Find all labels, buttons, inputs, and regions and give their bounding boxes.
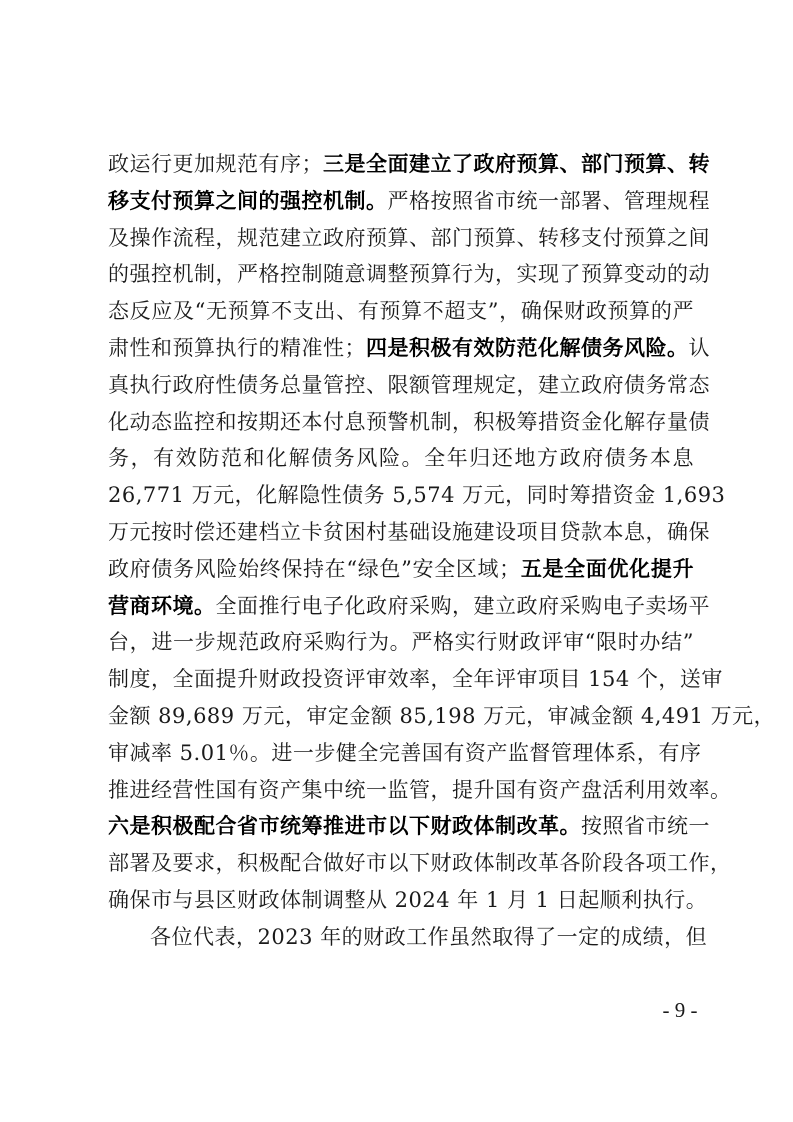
text-line: 推进经营性国有资产集中统一监管，提升国有资产盘活利用效率。 bbox=[108, 772, 694, 809]
bold-heading-text: 移支付预算之间的强控机制。 bbox=[108, 188, 388, 213]
body-text: 金额 89,689 万元，审定金额 85,198 万元，审减金额 4,491 万… bbox=[108, 704, 775, 728]
text-line: 移支付预算之间的强控机制。严格按照省市统一部署、管理规程 bbox=[108, 183, 694, 220]
body-text: 政府债务风险始终保持在“绿色”安全区域； bbox=[108, 557, 521, 581]
text-line: 部署及要求，积极配合做好市以下财政体制改革各阶段各项工作， bbox=[108, 845, 694, 882]
body-text: 台，进一步规范政府采购行为。严格实行财政评审“限时办结” bbox=[108, 630, 694, 654]
text-line: 务，有效防范和化解债务风险。全年归还地方政府债务本息 bbox=[108, 440, 694, 477]
page-number: - 9 - bbox=[640, 998, 720, 1023]
bold-heading-text: 五是全面优化提升 bbox=[521, 556, 694, 581]
text-line: 金额 89,689 万元，审定金额 85,198 万元，审减金额 4,491 万… bbox=[108, 698, 694, 735]
text-line: 化动态监控和按期还本付息预警机制，积极筹措资金化解存量债 bbox=[108, 404, 694, 441]
body-text: 肃性和预算执行的精准性； bbox=[108, 336, 366, 360]
bold-heading-text: 三是全面建立了政府预算、部门预算、转 bbox=[323, 151, 710, 176]
text-line: 肃性和预算执行的精准性；四是积极有效防范化解债务风险。认 bbox=[108, 330, 694, 367]
bold-heading-text: 六是积极配合省市统筹推进市以下财政体制改革。 bbox=[108, 813, 581, 838]
body-text: 严格按照省市统一部署、管理规程 bbox=[388, 189, 711, 213]
body-text: 审减率 5.01％。进一步健全完善国有资产监督管理体系，有序 bbox=[108, 741, 701, 765]
text-line: 政府债务风险始终保持在“绿色”安全区域；五是全面优化提升 bbox=[108, 551, 694, 588]
body-text: 态反应及“无预算不支出、有预算不超支”，确保财政预算的严 bbox=[108, 299, 694, 323]
body-text: 各位代表，2023 年的财政工作虽然取得了一定的成绩，但 bbox=[150, 925, 707, 949]
text-line: 六是积极配合省市统筹推进市以下财政体制改革。按照省市统一 bbox=[108, 808, 694, 845]
text-line: 各位代表，2023 年的财政工作虽然取得了一定的成绩，但 bbox=[108, 919, 694, 956]
bold-heading-text: 营商环境。 bbox=[108, 593, 216, 618]
body-text: 万元按时偿还建档立卡贫困村基础设施建设项目贷款本息，确保 bbox=[108, 520, 710, 544]
body-text: 及操作流程，规范建立政府预算、部门预算、转移支付预算之间 bbox=[108, 226, 710, 250]
text-line: 万元按时偿还建档立卡贫困村基础设施建设项目贷款本息，确保 bbox=[108, 514, 694, 551]
text-line: 及操作流程，规范建立政府预算、部门预算、转移支付预算之间 bbox=[108, 220, 694, 257]
bold-heading-text: 四是积极有效防范化解债务风险。 bbox=[366, 335, 689, 360]
body-text: 26,771 万元，化解隐性债务 5,574 万元，同时筹措资金 1,693 bbox=[108, 483, 725, 507]
body-text: 务，有效防范和化解债务风险。全年归还地方政府债务本息 bbox=[108, 446, 694, 470]
text-line: 审减率 5.01％。进一步健全完善国有资产监督管理体系，有序 bbox=[108, 735, 694, 772]
text-line: 制度，全面提升财政投资评审效率，全年评审项目 154 个，送审 bbox=[108, 661, 694, 698]
text-line: 的强控机制，严格控制随意调整预算行为，实现了预算变动的动 bbox=[108, 256, 694, 293]
body-text: 确保市与县区财政体制调整从 2024 年 1 月 1 日起顺利执行。 bbox=[108, 888, 707, 912]
body-text: 部署及要求，积极配合做好市以下财政体制改革各阶段各项工作， bbox=[108, 851, 732, 875]
body-text: 推进经营性国有资产集中统一监管，提升国有资产盘活利用效率。 bbox=[108, 778, 732, 802]
body-text: 按照省市统一 bbox=[581, 814, 710, 838]
body-text: 的强控机制，严格控制随意调整预算行为，实现了预算变动的动 bbox=[108, 262, 710, 286]
document-body: 政运行更加规范有序；三是全面建立了政府预算、部门预算、转移支付预算之间的强控机制… bbox=[108, 146, 694, 956]
text-line: 台，进一步规范政府采购行为。严格实行财政评审“限时办结” bbox=[108, 624, 694, 661]
text-line: 态反应及“无预算不支出、有预算不超支”，确保财政预算的严 bbox=[108, 293, 694, 330]
body-text: 认 bbox=[689, 336, 711, 360]
text-line: 政运行更加规范有序；三是全面建立了政府预算、部门预算、转 bbox=[108, 146, 694, 183]
body-text: 真执行政府性债务总量管控、限额管理规定，建立政府债务常态 bbox=[108, 373, 710, 397]
body-text: 全面推行电子化政府采购，建立政府采购电子卖场平 bbox=[216, 594, 711, 618]
body-text: 制度，全面提升财政投资评审效率，全年评审项目 154 个，送审 bbox=[108, 667, 723, 691]
body-text: 化动态监控和按期还本付息预警机制，积极筹措资金化解存量债 bbox=[108, 410, 710, 434]
body-text: 政运行更加规范有序； bbox=[108, 152, 323, 176]
text-line: 真执行政府性债务总量管控、限额管理规定，建立政府债务常态 bbox=[108, 367, 694, 404]
text-line: 26,771 万元，化解隐性债务 5,574 万元，同时筹措资金 1,693 bbox=[108, 477, 694, 514]
text-line: 营商环境。全面推行电子化政府采购，建立政府采购电子卖场平 bbox=[108, 588, 694, 625]
text-line: 确保市与县区财政体制调整从 2024 年 1 月 1 日起顺利执行。 bbox=[108, 882, 694, 919]
